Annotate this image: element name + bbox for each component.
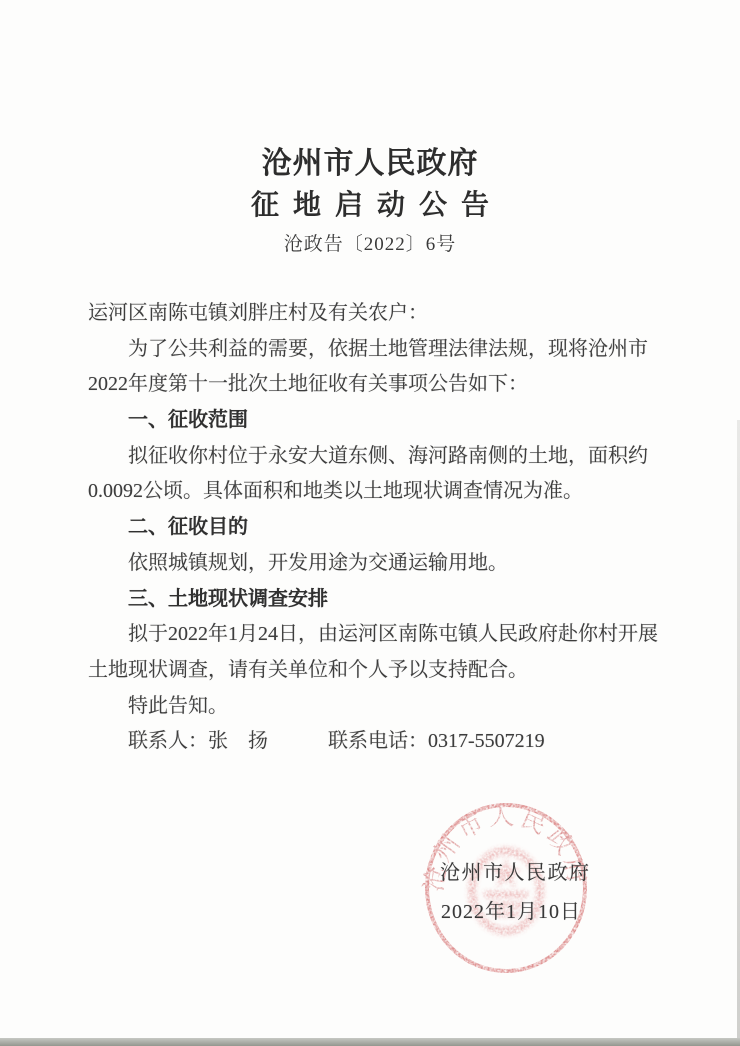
doc-number: 沧政告〔2022〕6号 <box>0 229 740 256</box>
signature-name: 沧州市人民政府 <box>440 856 591 885</box>
body-line: 联系人：张 扬 联系电话：0317-5507219 <box>88 724 668 760</box>
scan-edge-bottom <box>0 1038 740 1046</box>
body-line: 土地现状调查，请有关单位和个人予以支持配合。 <box>88 653 668 689</box>
document-body: 运河区南陈屯镇刘胖庄村及有关农户：为了公共利益的需要，依据土地管理法律法规，现将… <box>88 296 668 760</box>
body-line: 2022年度第十一批次土地征收有关事项公告如下： <box>88 367 668 403</box>
seal-graphic: 沧州市人民政府 <box>421 799 591 977</box>
document-subtitle: 征地启动公告 <box>0 183 740 223</box>
body-heading-line: 一、征收范围 <box>88 403 668 439</box>
official-seal: 沧州市人民政府 <box>421 799 591 977</box>
body-heading-line: 三、土地现状调查安排 <box>88 582 668 618</box>
body-line: 拟征收你村位于永安大道东侧、海河路南侧的土地，面积约 <box>88 439 668 475</box>
body-line: 为了公共利益的需要，依据土地管理法律法规，现将沧州市 <box>88 332 668 368</box>
document-page: 沧州市人民政府 征地启动公告 沧政告〔2022〕6号 运河区南陈屯镇刘胖庄村及有… <box>0 0 740 1046</box>
body-line: 拟于2022年1月24日，由运河区南陈屯镇人民政府赴你村开展 <box>88 617 668 653</box>
body-line: 依照城镇规划，开发用途为交通运输用地。 <box>88 546 668 582</box>
body-line: 0.0092公顷。具体面积和地类以土地现状调查情况为准。 <box>88 474 668 510</box>
body-line: 运河区南陈屯镇刘胖庄村及有关农户： <box>88 296 668 332</box>
body-heading-line: 二、征收目的 <box>88 510 668 546</box>
body-line: 特此告知。 <box>88 689 668 725</box>
signature-date: 2022年1月10日 <box>441 895 581 924</box>
document-title: 沧州市人民政府 <box>0 138 740 182</box>
